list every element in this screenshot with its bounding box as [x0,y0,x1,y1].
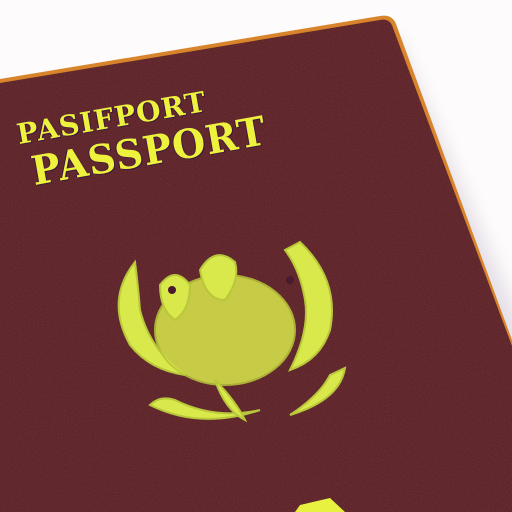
cover-texture [0,20,512,512]
photo-scene: PASIFPORT PASSPORT [0,0,512,512]
passport-cover [0,0,512,512]
